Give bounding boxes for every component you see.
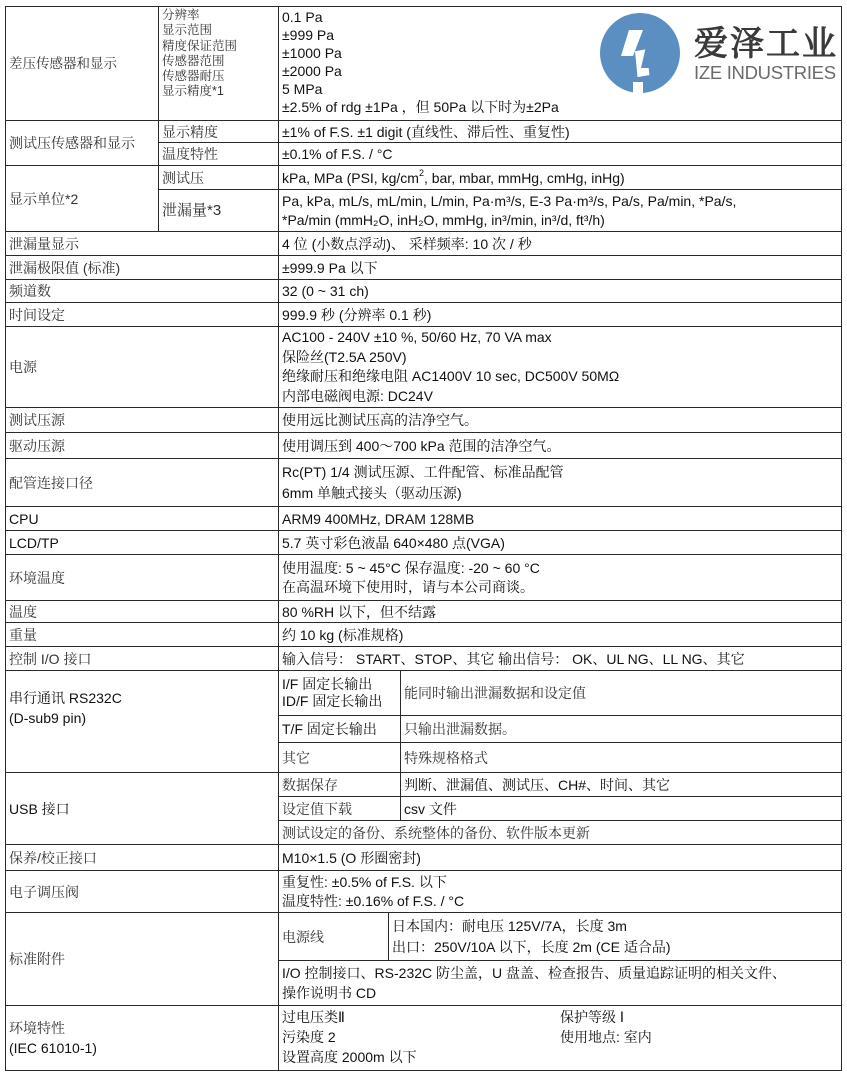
label-text: (D-sub9 pin) xyxy=(9,708,275,728)
value-cell: 判断、泄漏值、测试压、CH#、时间、其它 xyxy=(400,772,842,797)
value: 使用调压到 400～700 kPa 范围的洁净空气。 xyxy=(282,438,838,454)
sub-label: 分辨率 xyxy=(162,8,275,23)
value-line: 内部电磁阀电源: DC24V xyxy=(282,387,838,407)
value-line: I/O 控制接口、RS-232C 防尘盖，U 盘盖、检查报告、质量追踪证明的相关… xyxy=(282,963,838,983)
value-cell: 999.9 秒 (分辨率 0.1 秒) xyxy=(278,302,842,327)
value: 使用远比测试压高的洁净空气。 xyxy=(282,412,838,428)
label-text: CPU xyxy=(9,511,275,527)
value-part: kPa, MPa (PSI, kg/cm xyxy=(282,170,419,186)
label-text: 电子调压阀 xyxy=(9,884,275,900)
sub-label-cell: 设定值下载 xyxy=(278,796,401,821)
value: 测试设定的备份、系统整体的备份、软件版本更新 xyxy=(282,825,838,841)
row-label-weight: 重量 xyxy=(5,622,279,647)
sub-label: 温度特性 xyxy=(162,146,275,162)
label-text: 控制 I/O 接口 xyxy=(9,651,275,667)
sub-label-cell: 其它 xyxy=(278,742,401,773)
value-line: 6mm 单触式接头（驱动压源) xyxy=(282,483,838,504)
value-line: Rc(PT) 1/4 测试压源、工件配管、标准品配管 xyxy=(282,462,838,483)
sub-label: 显示精度*1 xyxy=(162,84,275,99)
row-label-env-char: 环境特性 (IEC 61010-1) xyxy=(5,1005,279,1071)
sub-label-cell: 泄漏量*3 xyxy=(158,189,279,232)
value-cell: ±1% of F.S. ±1 digit (直线性、滞后性、重复性) xyxy=(278,120,842,143)
diff-sensor-sub-labels: 分辨率 显示范围 精度保证范围 传感器范围 传感器耐压 显示精度*1 xyxy=(158,6,279,121)
ize-logo-icon xyxy=(599,12,681,94)
sub-label: ID/F 固定长输出 xyxy=(282,693,397,710)
value-line: Pa, kPa, mL/s, mL/min, L/min, Pa·m³/s, E… xyxy=(282,192,838,211)
value-cell: 32 (0 ~ 31 ch) xyxy=(278,279,842,303)
row-label-time-setting: 时间设定 xyxy=(5,302,279,327)
value-line: *Pa/min (mmH₂O, inH₂O, mmHg, in³/min, in… xyxy=(282,211,838,230)
superscript: 2 xyxy=(419,168,424,178)
value-line: 在高温环境下使用时，请与本公司商谈。 xyxy=(282,578,838,597)
label-text: 电源 xyxy=(9,359,275,375)
value: 特殊规格格式 xyxy=(404,750,838,766)
row-label-display-units: 显示单位*2 xyxy=(5,165,159,232)
value-cell: 输入信号： START、STOP、其它 输出信号： OK、UL NG、LL NG… xyxy=(278,646,842,671)
label-text: 测试压源 xyxy=(9,412,275,428)
row-label-lcd: LCD/TP xyxy=(5,530,279,555)
company-logo: 爱泽工业 IZE INDUSTRIES xyxy=(597,10,841,100)
value-cell: 重复性: ±0.5% of F.S. 以下 温度特性: ±0.16% of F.… xyxy=(278,870,842,913)
sub-label: 泄漏量*3 xyxy=(162,203,275,219)
sub-label-cell: 测试压 xyxy=(158,165,279,190)
value: kPa, MPa (PSI, kg/cm2, bar, mbar, mmHg, … xyxy=(282,170,838,186)
value-line: 出口：250V/10A 以下，长度 2m (CE 适合品) xyxy=(392,937,838,958)
label-text: LCD/TP xyxy=(9,535,275,551)
logo-name-en: IZE INDUSTRIES xyxy=(694,62,836,84)
value-cell: 只输出泄漏数据。 xyxy=(400,715,842,743)
value: ±999.9 Pa 以下 xyxy=(282,260,838,276)
label-text: USB 接口 xyxy=(9,801,275,817)
value: 能同时输出泄漏数据和设定值 xyxy=(404,685,838,701)
value-cell: ARM9 400MHz, DRAM 128MB xyxy=(278,506,842,531)
value-cell: Rc(PT) 1/4 测试压源、工件配管、标准品配管 6mm 单触式接头（驱动压… xyxy=(278,458,842,507)
value: 4 位 (小数点浮动)、 采样频率: 10 次 / 秒 xyxy=(282,236,838,252)
label-text: 配管连接口径 xyxy=(9,475,275,491)
sub-label-cell: 电源线 xyxy=(278,912,389,961)
sub-label-cell: T/F 固定长输出 xyxy=(278,715,401,743)
row-label-humidity: 温度 xyxy=(5,600,279,623)
value-line: 重复性: ±0.5% of F.S. 以下 xyxy=(282,873,838,892)
value-cell: AC100 - 240V ±10 %, 50/60 Hz, 70 VA max … xyxy=(278,326,842,408)
label-text: (IEC 61010-1) xyxy=(9,1038,275,1058)
value-cell: 日本国内：耐电压 125V/7A，长度 3m 出口：250V/10A 以下，长度… xyxy=(388,912,842,961)
row-label-test-source: 测试压源 xyxy=(5,407,279,433)
value: 输入信号： START、STOP、其它 输出信号： OK、UL NG、LL NG… xyxy=(282,651,838,667)
env-char-right: 保护等级 Ⅰ 使用地点: 室内 xyxy=(560,1007,652,1067)
label-text: 串行通讯 RS232C xyxy=(9,688,275,708)
logo-name-cn: 爱泽工业 xyxy=(694,16,838,65)
row-label-usb: USB 接口 xyxy=(5,772,279,845)
sub-label: 电源线 xyxy=(282,929,385,945)
value-cell: I/O 控制接口、RS-232C 防尘盖，U 盘盖、检查报告、质量追踪证明的相关… xyxy=(278,960,842,1006)
value: 约 10 kg (标准规格) xyxy=(282,627,838,643)
value-cell: 使用远比测试压高的洁净空气。 xyxy=(278,407,842,433)
value: 80 %RH 以下，但不结露 xyxy=(282,604,838,620)
value-cell: ±999.9 Pa 以下 xyxy=(278,255,842,280)
label-text: 驱动压源 xyxy=(9,438,275,454)
label-text: 标准附件 xyxy=(9,951,275,967)
sub-label: 传感器范围 xyxy=(162,54,275,69)
row-label-control-io: 控制 I/O 接口 xyxy=(5,646,279,671)
sub-label: 精度保证范围 xyxy=(162,39,275,54)
value-line: 日本国内：耐电压 125V/7A，长度 3m xyxy=(392,916,838,937)
value: M10×1.5 (O 形圈密封) xyxy=(282,850,838,866)
label-text: 泄漏极限值 (标准) xyxy=(9,260,275,276)
value-cell: kPa, MPa (PSI, kg/cm2, bar, mbar, mmHg, … xyxy=(278,165,842,190)
sub-label-cell: 显示精度 xyxy=(158,120,279,143)
value: ARM9 400MHz, DRAM 128MB xyxy=(282,511,838,527)
row-label-piping: 配管连接口径 xyxy=(5,458,279,507)
row-label-rs232c: 串行通讯 RS232C (D-sub9 pin) xyxy=(5,670,279,773)
value: ±1% of F.S. ±1 digit (直线性、滞后性、重复性) xyxy=(282,124,838,140)
value: 5.7 英寸彩色液晶 640×480 点(VGA) xyxy=(282,535,838,551)
row-label-regulator: 电子调压阀 xyxy=(5,870,279,913)
value-cell: 使用调压到 400～700 kPa 范围的洁净空气。 xyxy=(278,432,842,459)
env-char-columns: 过电压类Ⅱ 污染度 2 设置高度 2000m 以下 保护等级 Ⅰ 使用地点: 室… xyxy=(282,1007,838,1067)
sub-label: 测试压 xyxy=(162,170,275,186)
value-line: 过电压类Ⅱ xyxy=(282,1007,560,1027)
value-cell: 5.7 英寸彩色液晶 640×480 点(VGA) xyxy=(278,530,842,555)
value-cell: ±0.1% of F.S. / °C xyxy=(278,142,842,166)
value: 判断、泄漏值、测试压、CH#、时间、其它 xyxy=(404,777,838,793)
row-label-leak-display: 泄漏量显示 xyxy=(5,231,279,256)
row-label-accessories: 标准附件 xyxy=(5,912,279,1006)
label-text: 时间设定 xyxy=(9,307,275,323)
spec-table: 差压传感器和显示 分辨率 显示范围 精度保证范围 传感器范围 传感器耐压 显示精… xyxy=(0,0,847,1076)
value: 32 (0 ~ 31 ch) xyxy=(282,283,838,299)
value-cell: 能同时输出泄漏数据和设定值 xyxy=(400,670,842,716)
value-line: 保险丝(T2.5A 250V) xyxy=(282,348,838,368)
row-label-cpu: CPU xyxy=(5,506,279,531)
sub-label: 传感器耐压 xyxy=(162,69,275,84)
label-text: 重量 xyxy=(9,627,275,643)
value: ±2.5% of rdg ±1Pa ，但 50Pa 以下时为±2Pa xyxy=(282,98,838,116)
row-label-leak-limit: 泄漏极限值 (标准) xyxy=(5,255,279,280)
value-cell: 80 %RH 以下，但不结露 xyxy=(278,600,842,623)
value-line: 绝缘耐压和绝缘电阻 AC1400V 10 sec, DC500V 50MΩ xyxy=(282,367,838,387)
env-char-left: 过电压类Ⅱ 污染度 2 设置高度 2000m 以下 xyxy=(282,1007,560,1067)
value-line: 设置高度 2000m 以下 xyxy=(282,1047,560,1067)
value-cell: Pa, kPa, mL/s, mL/min, L/min, Pa·m³/s, E… xyxy=(278,189,842,232)
value-line: 操作说明书 CD xyxy=(282,983,838,1003)
value-cell: csv 文件 xyxy=(400,796,842,821)
row-label-maintenance: 保养/校正接口 xyxy=(5,844,279,871)
row-label-test-sensor: 测试压传感器和显示 xyxy=(5,120,159,166)
label-text: 泄漏量显示 xyxy=(9,236,275,252)
sub-label-cell: 温度特性 xyxy=(158,142,279,166)
sub-label: T/F 固定长输出 xyxy=(282,721,397,737)
value-line: 保护等级 Ⅰ xyxy=(560,1007,652,1027)
label-text: 频道数 xyxy=(9,283,275,299)
value-line: 使用温度: 5 ~ 45°C 保存温度: -20 ~ 60 °C xyxy=(282,559,838,578)
sub-label: 数据保存 xyxy=(282,777,397,793)
label-text: 保养/校正接口 xyxy=(9,850,275,866)
value-line: 使用地点: 室内 xyxy=(560,1027,652,1047)
value: 只输出泄漏数据。 xyxy=(404,721,838,737)
row-label-power: 电源 xyxy=(5,326,279,408)
value-line: AC100 - 240V ±10 %, 50/60 Hz, 70 VA max xyxy=(282,328,838,348)
label-text: 差压传感器和显示 xyxy=(9,56,155,72)
sub-label: I/F 固定长输出 xyxy=(282,676,397,693)
label-text: 环境温度 xyxy=(9,570,275,586)
value: 999.9 秒 (分辨率 0.1 秒) xyxy=(282,307,838,323)
label-text: 测试压传感器和显示 xyxy=(9,135,155,151)
row-label-env-temp: 环境温度 xyxy=(5,554,279,601)
row-label-drive-source: 驱动压源 xyxy=(5,432,279,459)
value-cell: 4 位 (小数点浮动)、 采样频率: 10 次 / 秒 xyxy=(278,231,842,256)
value-cell: 过电压类Ⅱ 污染度 2 设置高度 2000m 以下 保护等级 Ⅰ 使用地点: 室… xyxy=(278,1005,842,1071)
sub-label-cell: I/F 固定长输出 ID/F 固定长输出 xyxy=(278,670,401,716)
sub-label: 设定值下载 xyxy=(282,801,397,817)
value-cell: 约 10 kg (标准规格) xyxy=(278,622,842,647)
label-text: 环境特性 xyxy=(9,1018,275,1038)
sub-label-cell: 数据保存 xyxy=(278,772,401,797)
value: csv 文件 xyxy=(404,801,838,817)
label-text: 温度 xyxy=(9,604,275,620)
row-label-diff-sensor: 差压传感器和显示 xyxy=(5,6,159,121)
value-cell: 测试设定的备份、系统整体的备份、软件版本更新 xyxy=(278,820,842,845)
value-line: 温度特性: ±0.16% of F.S. / °C xyxy=(282,892,838,911)
sub-label: 显示范围 xyxy=(162,23,275,38)
label-text: 显示单位*2 xyxy=(9,191,155,207)
value-line: 污染度 2 xyxy=(282,1027,560,1047)
row-label-channels: 频道数 xyxy=(5,279,279,303)
value: ±0.1% of F.S. / °C xyxy=(282,146,838,162)
value-part: , bar, mbar, mmHg, cmHg, inHg) xyxy=(424,170,625,186)
value-cell: 特殊规格格式 xyxy=(400,742,842,773)
value-cell: 使用温度: 5 ~ 45°C 保存温度: -20 ~ 60 °C 在高温环境下使… xyxy=(278,554,842,601)
sub-label: 显示精度 xyxy=(162,124,275,140)
value-cell: M10×1.5 (O 形圈密封) xyxy=(278,844,842,871)
sub-label: 其它 xyxy=(282,750,397,766)
